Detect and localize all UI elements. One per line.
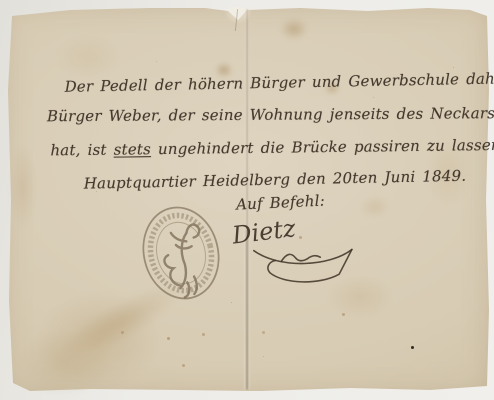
document-photo: Der Pedell der höhern Bürger und Gewerbs… <box>0 0 494 400</box>
dateline: Hauptquartier Heidelberg den 20ten Juni … <box>84 167 467 193</box>
signature-flourish <box>254 245 354 284</box>
underlined-word-stets: stets <box>114 140 152 158</box>
handwritten-text-block: Der Pedell der höhern Bürger und Gewerbs… <box>0 0 494 400</box>
text-line-3: hat, ist stets ungehindert die Brücke pa… <box>50 136 494 160</box>
text-line-3-post: ungehindert die Brücke passiren zu lasse… <box>151 136 494 158</box>
text-line-3-pre: hat, ist <box>50 141 113 160</box>
text-line-1: Der Pedell der höhern Bürger und Gewerbs… <box>64 69 494 96</box>
signature-name: Dietz <box>230 214 298 250</box>
text-line-2: Bürger Weber, der seine Wohnung jenseits… <box>47 104 494 125</box>
signature-block: Dietz <box>222 206 386 300</box>
